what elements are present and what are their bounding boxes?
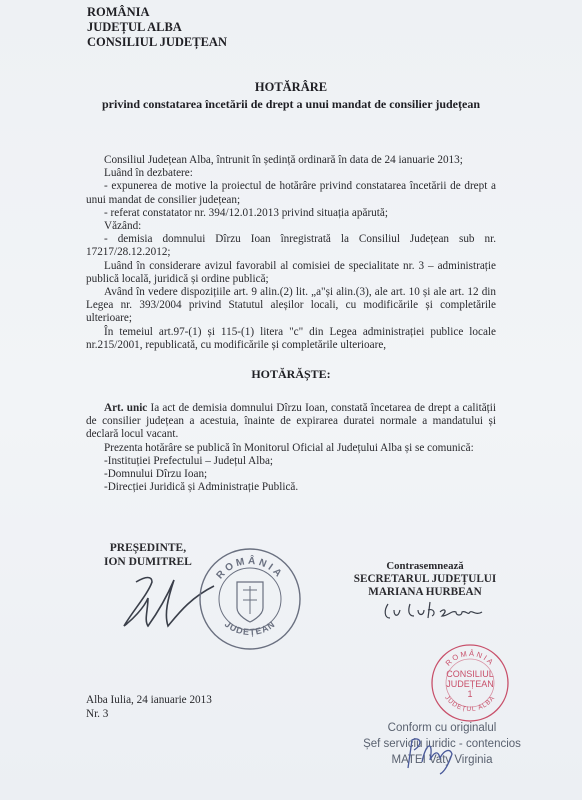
- document-subtitle: privind constatarea încetării de drept a…: [0, 97, 582, 112]
- publish-notice: Prezenta hotărâre se publică în Monitoru…: [86, 442, 496, 455]
- recipient-item: -Domnului Dîrzu Ioan;: [86, 468, 496, 481]
- preamble-paragraph: - referat constatator nr. 394/12.01.2013…: [86, 207, 496, 220]
- certification-initials-icon: [400, 732, 460, 776]
- header-county: JUDEȚUL ALBA: [87, 20, 227, 35]
- preamble-paragraph: În temeiul art.97-(1) și 115-(1) litera …: [86, 326, 496, 352]
- issuer-header: ROMÂNIA JUDEȚUL ALBA CONSILIUL JUDEȚEAN: [87, 5, 227, 50]
- secretary-signature-icon: [382, 598, 492, 622]
- header-country: ROMÂNIA: [87, 5, 227, 20]
- president-signature-block: PREȘEDINTE, ION DUMITREL: [104, 541, 192, 569]
- council-seal-icon: ROMÂNIA JUDEȚEAN: [197, 546, 303, 652]
- document-page: ROMÂNIA JUDEȚUL ALBA CONSILIUL JUDEȚEAN …: [0, 0, 582, 800]
- preamble-paragraph: - expunerea de motive la proiectul de ho…: [86, 180, 496, 206]
- preamble-paragraph: Luând în considerare avizul favorabil al…: [86, 260, 496, 286]
- president-role: PREȘEDINTE,: [104, 541, 192, 555]
- place-date-block: Alba Iulia, 24 ianuarie 2013 Nr. 3: [86, 694, 212, 721]
- red-seal-top-text: ROMÂNIA: [444, 649, 497, 668]
- preamble-paragraph: Văzând:: [86, 220, 496, 233]
- red-seal-line1: CONSILIUL: [446, 669, 494, 679]
- document-title: HOTĂRÂRE: [0, 80, 582, 95]
- decision-heading: HOTĂRĂȘTE:: [0, 367, 582, 382]
- preamble-paragraph: Consiliul Județean Alba, întrunit în șed…: [86, 154, 496, 167]
- countersign-label: Contrasemnează: [350, 560, 500, 573]
- preamble-paragraph: - demisia domnului Dîrzu Ioan înregistra…: [86, 233, 496, 259]
- certification-seal-icon: ROMÂNIA CONSILIUL JUDEȚEAN 1 JUDEȚUL ALB…: [430, 643, 510, 723]
- article-body: Ia act de demisia domnului Dîrzu Ioan, c…: [86, 402, 496, 440]
- place-date: Alba Iulia, 24 ianuarie 2013: [86, 694, 212, 708]
- preamble-paragraph: Având în vedere dispozițiile art. 9 alin…: [86, 286, 496, 326]
- decision-number: Nr. 3: [86, 708, 212, 722]
- red-seal-line2: JUDEȚEAN: [446, 679, 494, 689]
- president-name: ION DUMITREL: [104, 555, 192, 569]
- preamble: Consiliul Județean Alba, întrunit în șed…: [86, 154, 496, 352]
- secretary-role: SECRETARUL JUDEȚULUI: [350, 573, 500, 586]
- article-section: Art. unic Ia act de demisia domnului Dîr…: [86, 402, 496, 494]
- header-council: CONSILIUL JUDEȚEAN: [87, 35, 227, 50]
- article-label: Art. unic: [104, 402, 147, 414]
- recipient-item: -Direcției Juridică și Administrație Pub…: [86, 481, 496, 494]
- recipient-item: -Instituției Prefectului – Județul Alba;: [86, 455, 496, 468]
- red-seal-line3: 1: [467, 689, 472, 699]
- preamble-paragraph: Luând în dezbatere:: [86, 167, 496, 180]
- svg-text:ROMÂNIA: ROMÂNIA: [444, 649, 497, 668]
- secretary-signature-block: Contrasemnează SECRETARUL JUDEȚULUI MARI…: [350, 560, 500, 599]
- article-text: Art. unic Ia act de demisia domnului Dîr…: [86, 402, 496, 442]
